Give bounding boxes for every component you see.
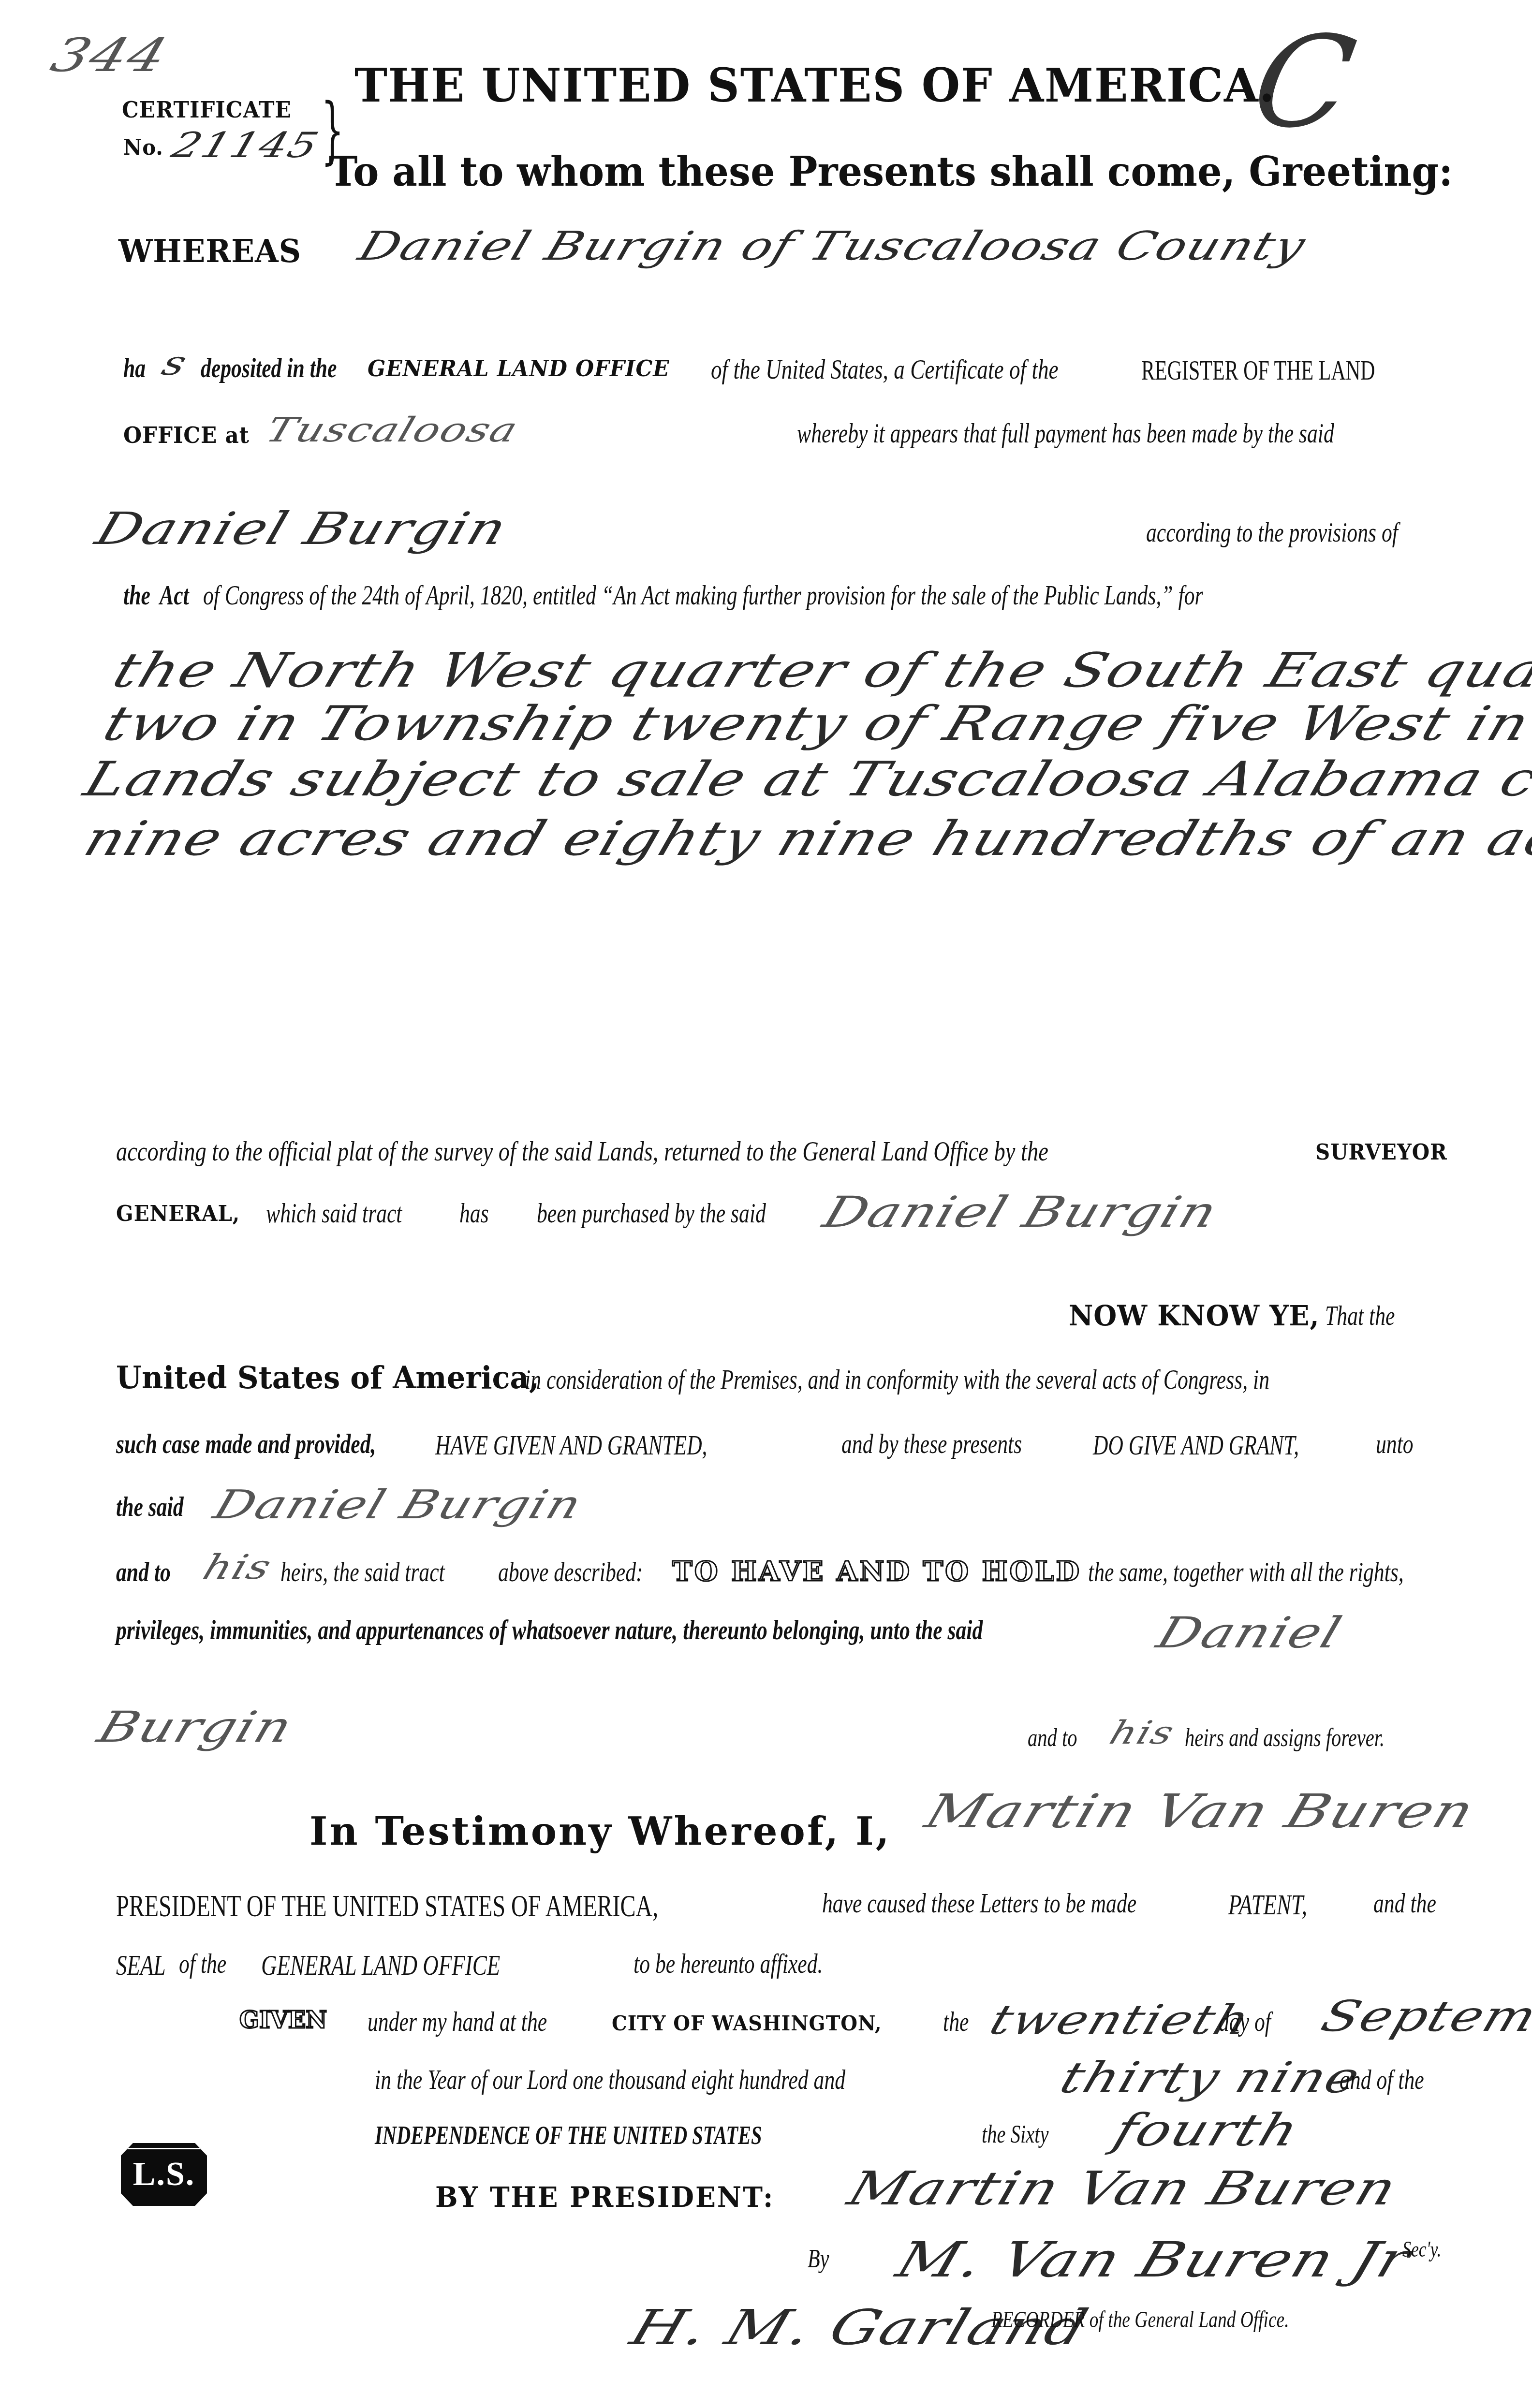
certificate-number: 21145 [167, 125, 324, 165]
surveyor-label: SURVEYOR [1315, 1140, 1447, 1165]
act-line-the: the [123, 580, 150, 611]
by-the-president: BY THE PRESIDENT: [435, 2181, 774, 2214]
have-given-text: HAVE GIVEN AND GRANTED, [435, 1429, 707, 1461]
secretary-signature: M. Van Buren Jr [890, 2232, 1418, 2288]
grantee-last-name: Burgin [92, 1702, 299, 1752]
heirs-assigns-text: heirs and assigns forever. [1185, 1724, 1385, 1752]
grantee-first-name: Daniel [1151, 1608, 1349, 1658]
of-the-text: of the [179, 1949, 226, 1980]
purchased-text-1: which said tract [266, 1198, 402, 1229]
purchased-has: has [459, 1198, 489, 1229]
heirs-tract-text: heirs, the said tract [280, 1557, 445, 1588]
office-location: Tuscaloosa [261, 410, 524, 450]
land-description-line-2: two in Township twenty of Range five Wes… [97, 696, 1532, 751]
whereby-text: whereby it appears that full payment has… [797, 418, 1334, 449]
secretary-title: Sec'y. [1402, 2236, 1441, 2262]
by-these-text: and by these presents [841, 1429, 1022, 1460]
ha-prefix: ha [123, 353, 146, 384]
consideration-text: in consideration of the Premises, and in… [525, 1365, 1269, 1395]
usa-bold: United States of America, [116, 1360, 539, 1396]
act-line-act: Act [160, 580, 189, 611]
act-line-rest: of Congress of the 24th of April, 1820, … [203, 580, 1203, 611]
such-case-text: such case made and provided, [116, 1429, 376, 1460]
survey-line: according to the official plat of the su… [116, 1136, 1048, 1167]
grantee-intro: Daniel Burgin of Tuscaloosa County [353, 223, 1312, 269]
independence-text: INDEPENDENCE OF THE UNITED STATES [375, 2120, 762, 2150]
year-value: thirty nine [1054, 2053, 1367, 2102]
do-give-text: DO GIVE AND GRANT, [1093, 1429, 1299, 1461]
greeting: To all to whom these Presents shall come… [329, 147, 1453, 195]
and-to-text: and to [116, 1557, 171, 1588]
president-line-caps: PRESIDENT OF THE UNITED STATES OF AMERIC… [116, 1888, 658, 1924]
president-line-rest: have caused these Letters to be made [822, 1888, 1136, 1919]
to-have-to-hold: TO HAVE AND TO HOLD [672, 1556, 1081, 1587]
according-provisions-text: according to the provisions of [1146, 517, 1398, 548]
testimony-president-signature: Martin Van Buren [919, 1784, 1482, 1838]
whereas-label: WHEREAS [118, 232, 301, 270]
pronoun-1: his [198, 1547, 277, 1587]
land-description-line-3: Lands subject to sale at Tuscaloosa Alab… [77, 752, 1532, 807]
pronoun-2: his [1105, 1714, 1179, 1751]
deposited-text: deposited in the [201, 353, 337, 384]
day-value: twentieth [984, 1996, 1257, 2043]
page-number-note: 344 [44, 29, 175, 82]
recorder-title: RECORDER of the General Land Office. [991, 2306, 1289, 2333]
testimony-heading: In Testimony Whereof, I, [309, 1808, 891, 1854]
the-sixty-text: the Sixty [982, 2120, 1049, 2149]
seal-label: L.S. [133, 2155, 195, 2194]
grantee-name-1: Daniel Burgin [89, 503, 514, 555]
month-value: September [1315, 1991, 1532, 2041]
and-to-2-text: and to [1028, 1724, 1077, 1752]
above-described-text: above described: [498, 1557, 643, 1588]
given-text: GIVEN [239, 2007, 327, 2034]
of-the-us-text: of the United States, a Certificate of t… [711, 353, 1059, 385]
ha-fill: s [157, 343, 193, 383]
year-prefix-text: in the Year of our Lord one thousand eig… [375, 2065, 845, 2096]
the-text: the [943, 2007, 969, 2038]
city-text: CITY OF WASHINGTON, [612, 2012, 882, 2035]
grantee-name-2: Daniel Burgin [817, 1187, 1224, 1237]
independence-value: fourth [1107, 2104, 1306, 2156]
the-said-text: the said [116, 1492, 184, 1523]
unto-text: unto [1376, 1429, 1414, 1460]
under-hand-text: under my hand at the [368, 2007, 547, 2038]
general-land-office: GENERAL LAND OFFICE [368, 355, 669, 382]
day-of-text: day of [1219, 2007, 1271, 2038]
certificate-label: CERTIFICATE [122, 97, 292, 123]
glo-text: GENERAL LAND OFFICE [261, 1949, 500, 1982]
certificate-number-label: No. [123, 135, 163, 160]
and-the-text: and the [1373, 1888, 1436, 1919]
that-the-text: That the [1325, 1301, 1395, 1332]
register-text: REGISTER OF THE LAND [1141, 355, 1375, 386]
general-label: GENERAL, [116, 1202, 240, 1226]
purchased-text-2: been purchased by the said [537, 1198, 766, 1229]
president-signature: Martin Van Buren [841, 2161, 1404, 2216]
patent-text: PATENT, [1228, 1888, 1307, 1922]
now-know-ye: NOW KNOW YE, [1069, 1299, 1320, 1332]
land-description-line-4: nine acres and eighty nine hundredths of… [77, 811, 1532, 866]
seal-ls: L.S. [121, 2143, 207, 2206]
and-of-the-text: and of the [1340, 2065, 1424, 2096]
seal-word: SEAL [116, 1949, 166, 1982]
grantee-name-3: Daniel Burgin [208, 1482, 588, 1528]
office-at-label: OFFICE at [123, 422, 250, 448]
by-text: By [808, 2244, 829, 2274]
land-description-line-1: the North West quarter of the South East… [106, 643, 1532, 698]
privileges-text: privileges, immunities, and appurtenance… [116, 1615, 983, 1646]
document-title: THE UNITED STATES OF AMERICA. [354, 58, 1275, 113]
same-together-text: the same, together with all the rights, [1088, 1557, 1404, 1588]
affixed-text: to be hereunto affixed. [633, 1949, 823, 1980]
